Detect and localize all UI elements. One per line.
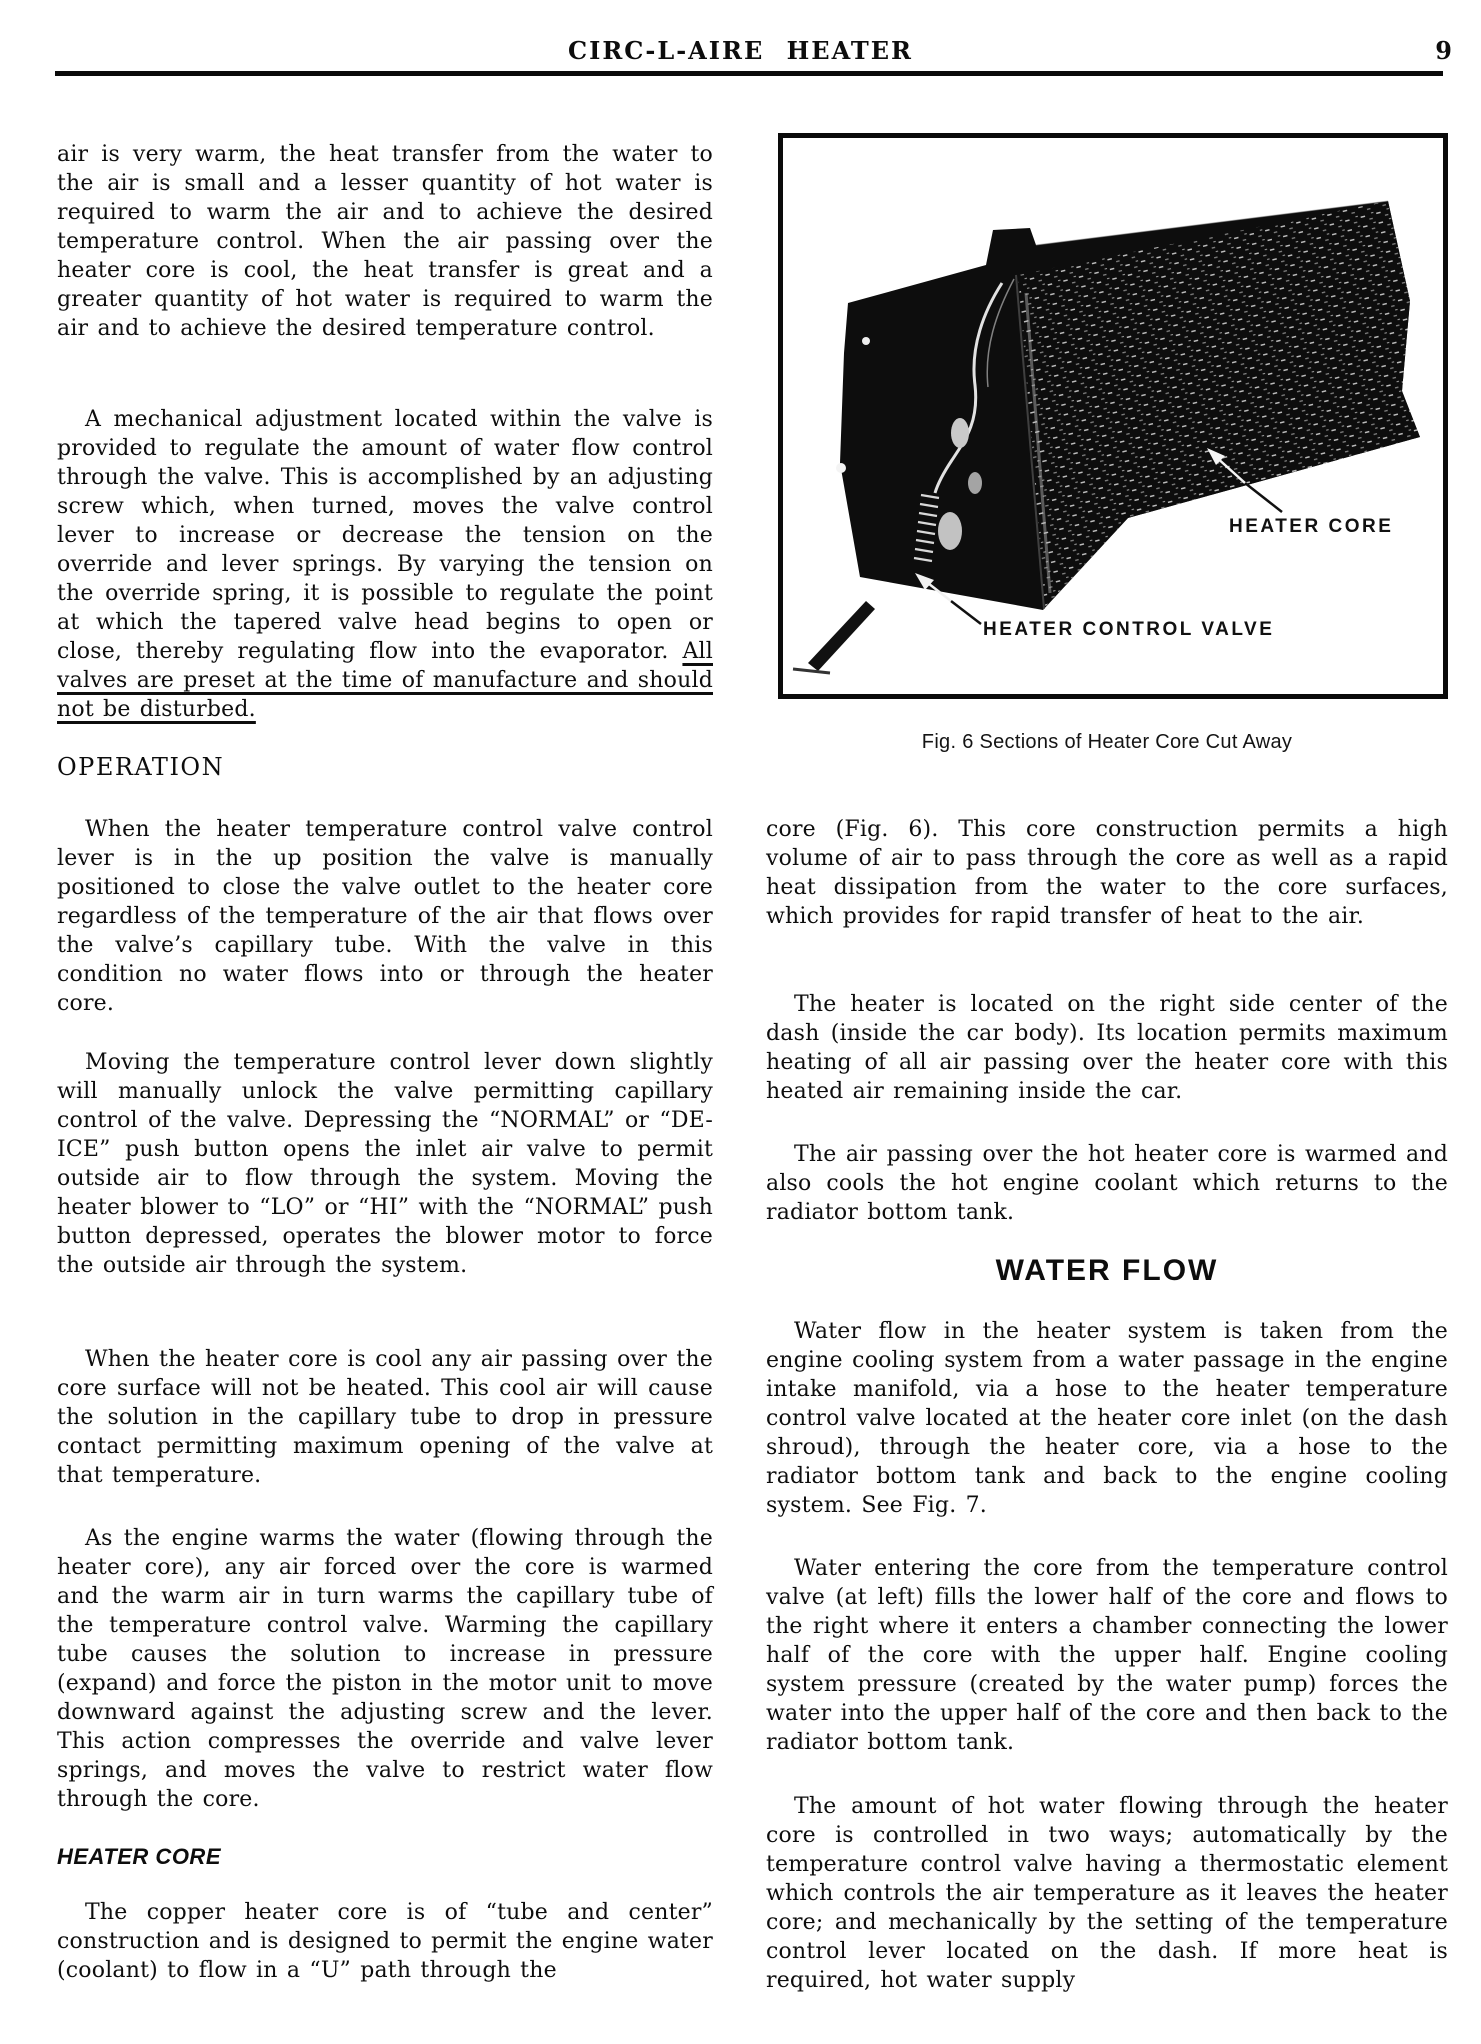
- figure-6-photo: HEATER CORE HEATER CONTROL VALVE: [778, 133, 1448, 699]
- paragraph-core-construction: core (Fig. 6). This core construction pe…: [766, 815, 1448, 931]
- paragraph-heater-location: The heater is located on the right side …: [766, 990, 1448, 1106]
- heater-core-heading: HEATER CORE: [57, 1844, 221, 1870]
- plate-hole: [836, 463, 846, 473]
- water-flow-heading: WATER FLOW: [766, 1254, 1448, 1288]
- heater-control-valve-label: HEATER CONTROL VALVE: [983, 619, 1274, 640]
- paragraph-water-flow-path: Water flow in the heater system is taken…: [766, 1317, 1448, 1520]
- page-number: 9: [1412, 36, 1452, 65]
- paragraph-lever-down: Moving the temperature control lever dow…: [57, 1048, 713, 1280]
- paragraph-mechanical-adjustment: A mechanical adjustment located within t…: [57, 405, 713, 724]
- operation-heading: OPERATION: [57, 753, 224, 781]
- plate-screw: [862, 337, 870, 345]
- figure-6-caption: Fig. 6 Sections of Heater Core Cut Away: [766, 731, 1448, 754]
- paragraph-hot-water-amount: The amount of hot water flowing through …: [766, 1792, 1448, 1995]
- paragraph-text: A mechanical adjustment located within t…: [57, 407, 713, 664]
- valve-body-highlight: [938, 512, 962, 550]
- paragraph-copper-core: The copper heater core is of “tube and c…: [57, 1898, 713, 1985]
- paragraph-water-entering: Water entering the core from the tempera…: [766, 1554, 1448, 1757]
- valve-lever-highlight: [968, 472, 982, 494]
- header-rule: [55, 71, 1443, 76]
- figure-6: HEATER CORE HEATER CONTROL VALVE: [778, 133, 1448, 699]
- manual-page: CIRC-L-AIRE HEATER 9 air is very warm, t…: [0, 0, 1481, 2044]
- page-header-title: CIRC-L-AIRE HEATER: [0, 36, 1481, 65]
- paragraph-lever-up: When the heater temperature control valv…: [57, 815, 713, 1018]
- heater-core-label: HEATER CORE: [1229, 516, 1393, 537]
- paragraph-engine-warms: As the engine warms the water (flowing t…: [57, 1524, 713, 1814]
- paragraph-air-passing: The air passing over the hot heater core…: [766, 1140, 1448, 1227]
- paragraph-core-cool: When the heater core is cool any air pas…: [57, 1345, 713, 1490]
- paragraph-air-warm: air is very warm, the heat transfer from…: [57, 140, 713, 343]
- valve-highlight-blob: [951, 418, 969, 448]
